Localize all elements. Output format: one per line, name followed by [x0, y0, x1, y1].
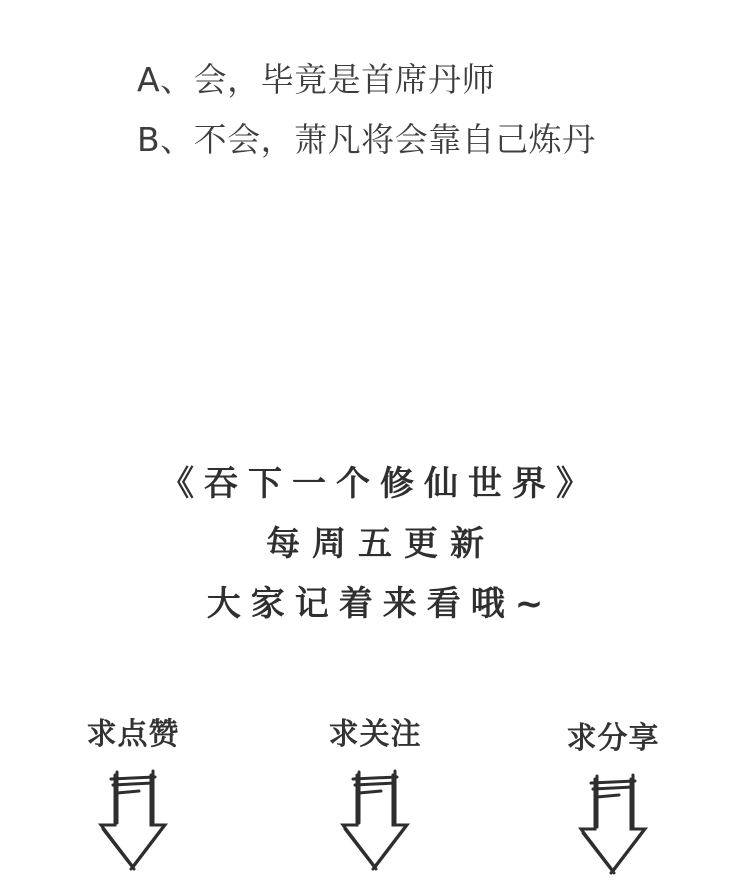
share-button[interactable]: 求分享 [543, 719, 683, 876]
like-button[interactable]: 求点赞 [63, 715, 203, 872]
update-schedule: 每周五更新 [6, 522, 750, 566]
follow-label: 求关注 [305, 715, 445, 755]
down-arrow-icon [93, 767, 173, 872]
follow-button[interactable]: 求关注 [305, 715, 445, 872]
reminder-text: 大家记着来看哦~ [5, 582, 750, 626]
down-arrow-icon [335, 767, 415, 872]
like-label: 求点赞 [63, 715, 203, 755]
down-arrow-icon [573, 771, 653, 876]
option-a[interactable]: A、会，毕竟是首席丹师 [137, 60, 495, 100]
share-label: 求分享 [543, 719, 683, 759]
option-b[interactable]: B、不会，萧凡将会靠自己炼丹 [137, 120, 596, 160]
comic-title: 《吞下一个修仙世界》 [5, 462, 750, 506]
